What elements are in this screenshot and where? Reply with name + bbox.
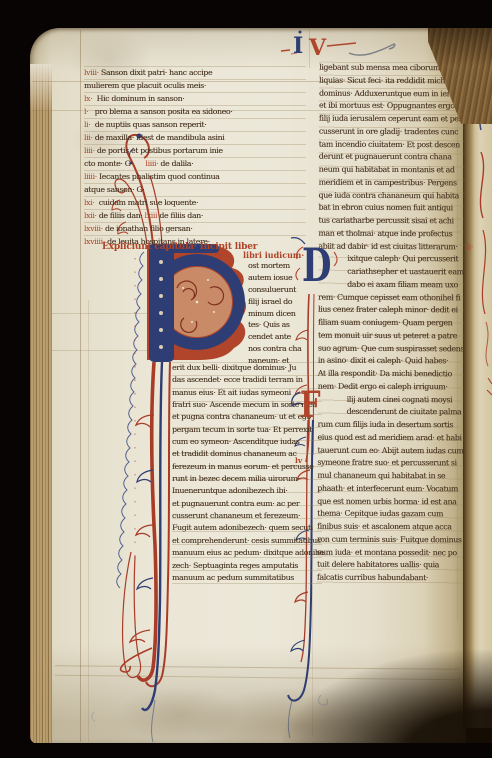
gutter-chapter-numeral: lv (295, 456, 302, 465)
text-line: derunt et pugnauerunt contra chana (319, 151, 465, 164)
text-segment: ilij autem cinei cognati moysi (347, 394, 452, 403)
text-segment: symeone fratre suo· et percusserunt si (317, 458, 456, 468)
text-line: lviii· Sanson dixit patri· hanc accipe (84, 66, 306, 79)
chapter-mark: iii· (464, 242, 473, 251)
text-segment: phaath· et interfecerunt eum· Vocatum (317, 483, 458, 493)
text-segment: tuit delere habitatores uallis· quia (317, 560, 439, 570)
text-segment: ferezeum in manus eorum· et percusse (172, 462, 313, 471)
text-line: tes· Quis as (248, 319, 322, 331)
manuscript-photo: lviii· Sanson dixit patri· hanc accipemu… (0, 0, 492, 758)
text-segment: lxii· (84, 211, 99, 220)
penwork-stroke (130, 630, 150, 642)
text-line: meridiem et in campestribus· Pergens (319, 176, 465, 189)
text-line: Fugit autem adonibezech· quem secuti (172, 522, 322, 534)
text-line: cendet ante (248, 331, 322, 343)
penwork-stroke (487, 378, 492, 395)
bottom-black-border (0, 743, 492, 758)
text-segment: fratri suo· Ascende mecum in sorte mea (172, 400, 317, 409)
text-line: lx· Hic dominum in sanson· (84, 92, 306, 105)
penwork-stroke (281, 50, 290, 51)
text-line: manuum eius ac pedum· dixitque adonibe (172, 547, 322, 559)
text-line: et comprehenderunt· cesis summitatibus (172, 535, 322, 547)
text-segment: lxiii (145, 211, 160, 220)
penwork-stroke (480, 152, 483, 218)
text-segment: At illa respondit· Da michi benedictio (318, 369, 452, 379)
text-line: tus cariatharbe percussit sisai et achi (318, 215, 464, 228)
text-line: zech· Septuaginta reges amputatis (172, 560, 322, 572)
text-line: lius cenez frater caleph minor· dedit ei (318, 304, 464, 317)
text-segment: liii· (84, 146, 97, 155)
penwork-stroke (159, 277, 163, 281)
text-segment: cusserunt in ore gladij· tradentes cunc (319, 126, 458, 136)
text-segment: minum dicen (248, 309, 295, 318)
text-segment: de dalila· (160, 159, 193, 168)
text-line: ron cum terminis suis· Fuitque dominus (317, 533, 463, 546)
text-line: tauerunt cum eo· Abijt autem iudas cum (317, 444, 463, 457)
penwork-stroke (159, 260, 163, 264)
text-line: falcatis curribus habundabant· (317, 572, 463, 585)
text-segment: Fugit autem adonibezech· quem secuti (172, 523, 313, 532)
text-line: descenderunt de ciuitate palma (318, 406, 464, 419)
text-line: lxii· de filiis dan· lxiii de filiis dan… (84, 209, 306, 222)
text-line: tam incendio ciuitatem· Et post descen (319, 138, 465, 151)
text-segment: lxi· (84, 198, 99, 207)
text-segment: man et tholmai· atque inde profectus (318, 228, 452, 238)
penwork-stroke (349, 44, 395, 55)
text-line: symeone fratre suo· et percusserunt si (317, 457, 463, 470)
text-line: cto monte· G· liiii· de dalila· (84, 157, 306, 170)
text-segment: in asino· dixit ei caleph· Quid habes· (318, 356, 448, 366)
text-segment: de maxilla· idest de mandibula asini (95, 133, 225, 142)
text-segment: das ascendet· ecce tradidi terram in (172, 375, 303, 384)
text-line: lxi· cuidam matri sue loquente· (84, 196, 306, 209)
text-line: thema· Cepitque iudas gazam cum (317, 508, 463, 521)
text-segment: pro blema a sanson posita ea sidoneo· (95, 107, 233, 116)
text-segment: l· (84, 107, 95, 116)
text-column-right: ligebant sub mensa mea ciborum reliquias… (317, 62, 465, 587)
text-segment: liiii· (84, 172, 99, 181)
text-segment: liiii· (145, 159, 160, 168)
text-line: atque sanson· G· (84, 183, 306, 196)
text-segment: tam incendio ciuitatem· Et post descen (319, 139, 460, 149)
text-segment: Iecantes phalistim quod continua (99, 172, 219, 181)
text-segment: falcatis curribus habundabant· (317, 573, 428, 582)
text-line: dabo ei axam filiam meam uxo (318, 278, 464, 291)
text-segment: lx· (84, 94, 97, 103)
penwork-stroke (482, 230, 485, 314)
text-segment: cuidam matri sue loquente· (99, 198, 198, 207)
text-line: li· de nuptiis quas sanson reperit· (84, 118, 306, 131)
text-segment: runt in bezec decem milia uirorum· (172, 474, 300, 483)
text-line: cum eo symeon· Ascenditque iudas (172, 436, 322, 448)
text-segment: cendet ante (248, 332, 291, 341)
text-line: cusserunt chananeum et ferezeum· (172, 510, 322, 522)
text-line: ilij autem cinei cognati moysi (318, 393, 464, 406)
folio-numeral-blue: I (293, 33, 303, 59)
text-segment: thema· Cepitque iudas gazam cum (317, 509, 443, 519)
folio-numeral-red: V (309, 35, 326, 61)
text-segment: de filiis dan· (99, 211, 145, 220)
penwork-stroke (152, 700, 155, 742)
text-segment: manuum ac pedum summitatibus (172, 573, 294, 582)
penwork-stroke (159, 345, 163, 349)
text-line: filij iuda ierusalem ceperunt eam et per (319, 113, 465, 126)
text-line: At illa respondit· Da michi benedictio (318, 368, 464, 381)
penwork-stroke (159, 311, 163, 315)
text-segment: lviii· (84, 68, 101, 77)
text-segment: et ibi mortuus est· Oppugnantes ergo (319, 101, 455, 111)
text-segment: nem· Dedit ergo ei caleph irriguum· (318, 381, 448, 391)
text-segment: ligebant sub mensa mea ciborum re (319, 63, 450, 73)
penwork-stroke (196, 301, 199, 304)
text-line: man et tholmai· atque inde profectus (318, 227, 464, 240)
initial-d: D (302, 243, 331, 289)
text-line: nos contra cha (248, 343, 322, 355)
text-line: neum qui habitabat in montanis et ad (319, 164, 465, 177)
penwork-stroke (207, 279, 209, 281)
penwork-stroke (486, 322, 488, 366)
text-segment: lius cenez frater caleph minor· dedit ei (318, 305, 458, 315)
text-segment: lxviii· (84, 224, 105, 233)
text-segment: et comprehenderunt· cesis summitatibus (172, 536, 321, 545)
text-line: mulierem que placuit oculis meis· (84, 79, 306, 92)
text-segment: ron cum terminis suis· Fuitque dominus (317, 534, 462, 544)
text-segment: tus cariatharbe percussit sisai et achi (318, 216, 453, 226)
penwork-stroke (159, 294, 163, 298)
text-segment: Inueneruntque adonibezech ibi· (172, 486, 287, 495)
text-line: que iuda contra chananeum qui habita (319, 189, 465, 202)
text-line: filij israel do (248, 296, 322, 308)
text-line: lxviii· de ionathan filio gersan· (84, 222, 306, 235)
text-segment: et tradidit dominus chananeum ac (172, 449, 296, 458)
rubric-incipit: libri iudicum· (243, 250, 304, 260)
text-segment: lii· (84, 133, 95, 142)
text-segment: filij iuda ierusalem ceperunt eam et per (319, 114, 462, 124)
text-segment: bat in ebron cuius nomen fuit antiqui (318, 203, 452, 213)
penwork-stroke (137, 578, 153, 589)
text-line: manuum ac pedum summitatibus (172, 572, 322, 584)
penwork-stroke (182, 287, 184, 289)
text-segment: Hic dominum in sanson· (97, 94, 185, 103)
text-line: cusserunt in ore gladij· tradentes cunc (319, 125, 465, 138)
text-line: filiam suam coniugem· Quam pergen (318, 317, 464, 330)
text-line: l· pro blema a sanson posita ea sidoneo· (84, 105, 306, 118)
text-segment: li· (84, 120, 95, 129)
text-line: dominus· Adduxeruntque eum in ierusalem (319, 87, 465, 100)
text-line: finibus suis· et ascalonem atque acca (317, 521, 463, 534)
text-segment: cum iuda· et montana possedit· nec po (317, 547, 457, 557)
text-line: et pugnauerunt contra eum· ac per (172, 498, 322, 510)
text-line: nem· Dedit ergo ei caleph irriguum· (318, 380, 464, 393)
text-line: rum cum filijs iuda in desertum sortis (318, 419, 464, 432)
text-line: rem· Cumque cepisset eam othonihel fi (318, 291, 464, 304)
text-segment: cto monte· G· (84, 159, 145, 168)
text-line: bat in ebron cuius nomen fuit antiqui (318, 202, 464, 215)
text-segment: filiam suam coniugem· Quam pergen (318, 318, 452, 328)
text-line: liii· de portis et postibus portarum ini… (84, 144, 306, 157)
text-line: in asino· dixit ei caleph· Quid habes· (318, 355, 464, 368)
text-segment: et pugna contra chananeum· ut et ego (172, 412, 311, 421)
penwork-stroke (159, 328, 163, 332)
text-segment: zech· Septuaginta reges amputatis (172, 561, 298, 570)
text-segment: manuum eius ac pedum· dixitque adonibe (172, 548, 324, 557)
text-line: erit dux belli· dixitque dominus· Ju (172, 362, 322, 374)
text-line: runt in bezec decem milia uirorum· (172, 473, 322, 485)
text-segment: rum cum filijs iuda in desertum sortis (318, 420, 454, 430)
text-segment: de nuptiis quas sanson reperit· (95, 120, 207, 129)
text-segment: cariathsepher et uastauerit eam (347, 267, 463, 277)
penwork-stroke (191, 321, 193, 323)
text-line: minum dicen (248, 308, 322, 320)
text-segment: ost mortem (248, 261, 290, 270)
text-line: tuit delere habitatores uallis· quia (317, 559, 463, 572)
text-segment: tauerunt cum eo· Abijt autem iudas cum (317, 445, 463, 455)
text-segment: cusserunt chananeum et ferezeum· (172, 511, 300, 520)
rubric-explicit: Expliciunt capitula· Incipit liber (102, 242, 257, 252)
text-line: eius quod est ad meridiem arad· et habi (317, 431, 463, 444)
text-segment: de ionathan filio gersan· (105, 224, 193, 233)
text-segment: liquias· Sicut feci· ita reddidit michi (319, 75, 447, 85)
text-segment: abiit ad dabir· id est ciuitas litteraru… (318, 241, 457, 251)
text-segment: finibus suis· et ascalonem atque acca (317, 522, 451, 532)
text-line: et ibi mortuus est· Oppugnantes ergo (319, 100, 465, 113)
text-segment: autem iosue (248, 273, 292, 282)
bottom-right-shadow (282, 650, 492, 750)
text-line: ixitque caleph· Qui percusserit (318, 253, 464, 266)
penwork-stroke (327, 43, 356, 46)
text-segment: tem monuit uir suus ut peteret a patre (318, 330, 457, 340)
text-segment: neum qui habitabat in montanis et ad (319, 165, 455, 175)
text-segment: eius quod est ad meridiem arad· et habi (317, 432, 461, 442)
text-segment: erit dux belli· dixitque dominus· Ju (172, 363, 296, 372)
text-segment: mul chananeum qui habitabat in se (317, 471, 445, 481)
text-segment: que iuda contra chananeum qui habita (319, 190, 459, 200)
capitula-list: lviii· Sanson dixit patri· hanc accipemu… (84, 66, 306, 248)
text-segment: et pugnauerunt contra eum· ac per (172, 499, 299, 508)
initial-f: F (300, 387, 321, 423)
text-segment: dabo ei axam filiam meam uxo (347, 280, 458, 289)
text-line: tem monuit uir suus ut peteret a patre (318, 329, 464, 342)
text-segment: consuluerunt (248, 285, 296, 294)
text-segment: atque sanson· G· (84, 185, 144, 194)
text-segment: de filiis dan· (159, 211, 203, 220)
text-line: Inueneruntque adonibezech ibi· (172, 485, 322, 497)
text-segment: rem· Cumque cepisset eam othonihel fi (318, 292, 460, 302)
text-line: cum iuda· et montana possedit· nec po (317, 546, 463, 559)
text-segment: derunt et pugnauerunt contra chana (319, 152, 452, 162)
text-segment: cum eo symeon· Ascenditque iudas (172, 437, 299, 446)
text-segment: meridiem et in campestribus· Pergens (319, 177, 457, 187)
text-segment: de portis et postibus portarum inie (97, 146, 223, 155)
text-line: mul chananeum qui habitabat in se (317, 470, 463, 483)
text-line: suo agrum· Que cum suspirasset sedens (318, 342, 464, 355)
text-line: abiit ad dabir· id est ciuitas litteraru… (318, 240, 464, 253)
text-line: phaath· et interfecerunt eum· Vocatum (317, 482, 463, 495)
text-segment: tes· Quis as (248, 320, 290, 329)
text-segment: nos contra cha (248, 344, 301, 353)
text-segment: pergam tecum in sorte tua· Et perrexit (172, 425, 312, 434)
text-segment: Sanson dixit patri· hanc accipe (101, 68, 212, 77)
text-segment: filij israel do (248, 297, 292, 306)
penwork-stroke (92, 712, 95, 721)
penwork-stroke (136, 525, 154, 537)
text-segment: ixitque caleph· Qui percusserit (347, 254, 458, 263)
text-line: liiii· Iecantes phalistim quod continua (84, 170, 306, 183)
text-segment: mulierem que placuit oculis meis· (84, 81, 206, 90)
text-segment: manus eius· Et ait iudas symeoni (172, 388, 291, 397)
text-line: cariathsepher et uastauerit eam (318, 266, 464, 279)
text-segment: que est nomen urbis horma· id est ana (317, 496, 456, 506)
penwork-stroke (213, 311, 215, 313)
text-segment: descenderunt de ciuitate palma (347, 407, 462, 417)
text-line: lii· de maxilla· idest de mandibula asin… (84, 131, 306, 144)
text-segment: suo agrum· Que cum suspirasset sedens (318, 343, 464, 353)
text-line: que est nomen urbis horma· id est ana (317, 495, 463, 508)
